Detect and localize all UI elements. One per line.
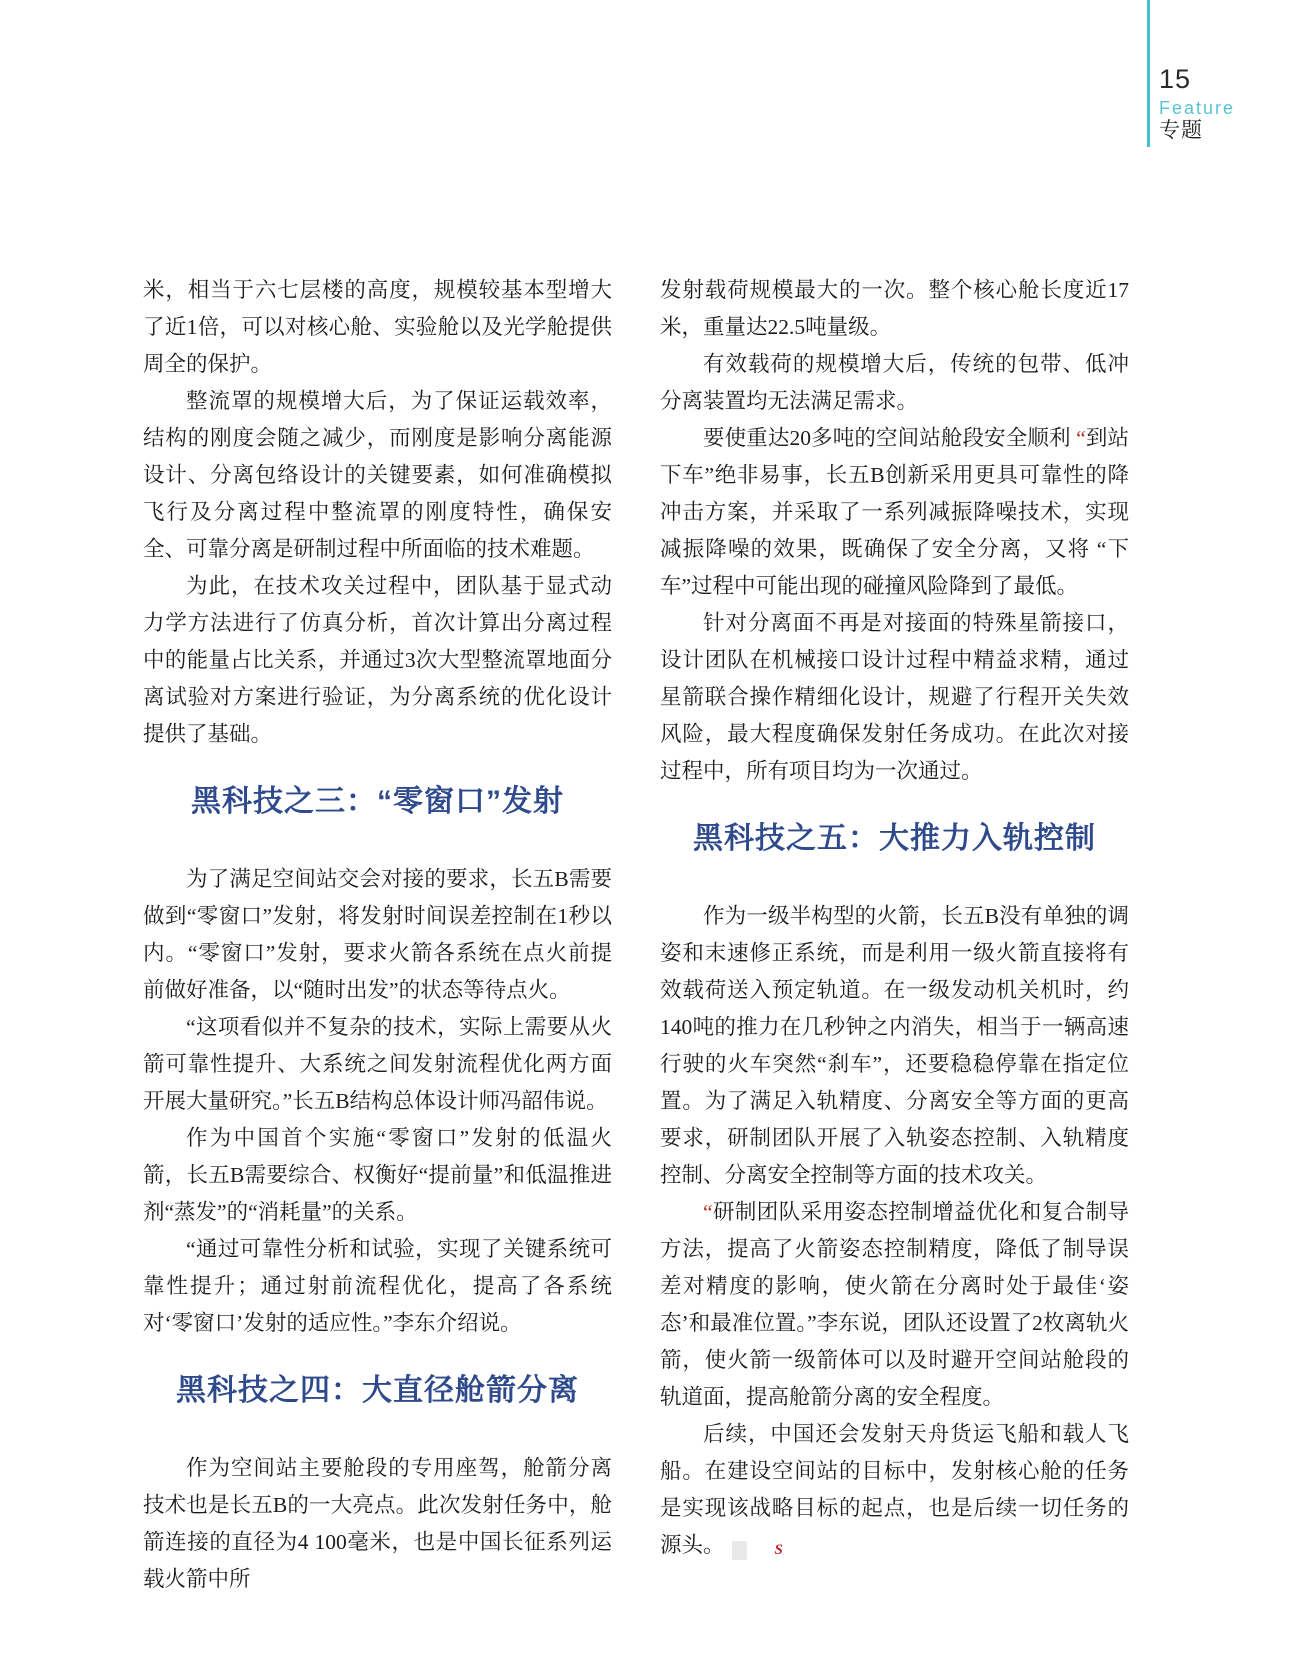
text-run: 作为空间站主要舱段的专用座驾，舱箭分离技术也是长五B的一大亮点。此次发射任务中，… [143, 1456, 612, 1591]
text-run: 研制团队采用姿态控制增益优化和复合制导方法，提高了火箭姿态控制精度，降低了制导误… [660, 1200, 1129, 1409]
body-paragraph: 有效载荷的规模增大后，传统的包带、低冲分离装置均无法满足需求。 [660, 346, 1129, 420]
red-quote-mark: “ [703, 1200, 713, 1224]
body-paragraph: 作为中国首个实施“零窗口”发射的低温火箭，长五B需要综合、权衡好“提前量”和低温… [143, 1120, 612, 1231]
section-heading: 黑科技之三：“零窗口”发射 [143, 781, 612, 823]
body-paragraph: 为此，在技术攻关过程中，团队基于显式动力学方法进行了仿真分析，首次计算出分离过程… [143, 568, 612, 753]
right-column: 发射载荷规模最大的一次。整个核心舱长度近17米，重量达22.5吨量级。有效载荷的… [660, 272, 1129, 1598]
body-paragraph: “研制团队采用姿态控制增益优化和复合制导方法，提高了火箭姿态控制精度，降低了制导… [660, 1194, 1129, 1416]
page-corner-header: 15 Feature 专题 [1147, 0, 1287, 150]
body-paragraph: “这项看似并不复杂的技术，实际上需要从火箭可靠性提升、大系统之间发射流程优化两方… [143, 1009, 612, 1120]
text-run: 为此，在技术攻关过程中，团队基于显式动力学方法进行了仿真分析，首次计算出分离过程… [143, 574, 612, 746]
magazine-page: { "page": { "number": "15", "section_en"… [0, 0, 1305, 1677]
body-paragraph: 针对分离面不再是对接面的特殊星箭接口，设计团队在机械接口设计过程中精益求精，通过… [660, 605, 1129, 790]
body-paragraph: 米，相当于六七层楼的高度，规模较基本型增大了近1倍，可以对核心舱、实验舱以及光学… [143, 272, 612, 383]
body-paragraph: 作为空间站主要舱段的专用座驾，舱箭分离技术也是长五B的一大亮点。此次发射任务中，… [143, 1450, 612, 1598]
red-quote-mark: “ [1076, 426, 1086, 450]
text-run: 后续，中国还会发射天舟货运飞船和载人飞船。在建设空间站的目标中，发射核心舱的任务… [660, 1422, 1129, 1557]
body-paragraph: 整流罩的规模增大后，为了保证运载效率，结构的刚度会随之减少，而刚度是影响分离能源… [143, 383, 612, 568]
body-paragraph: 为了满足空间站交会对接的要求，长五B需要做到“零窗口”发射，将发射时间误差控制在… [143, 861, 612, 1009]
text-run: 整流罩的规模增大后，为了保证运载效率，结构的刚度会随之减少，而刚度是影响分离能源… [143, 389, 612, 561]
body-paragraph: 要使重达20多吨的空间站舱段安全顺利 “到站下车”绝非易事，长五B创新采用更具可… [660, 420, 1129, 605]
text-run: 到站下车”绝非易事，长五B创新采用更具可靠性的降冲击方案，并采取了一系列减振降噪… [660, 426, 1129, 598]
text-run: 要使重达20多吨的空间站舱段安全顺利 [703, 426, 1076, 450]
section-label-en: Feature [1159, 99, 1235, 117]
accent-vertical-rule [1147, 0, 1150, 147]
section-heading: 黑科技之四：大直径舱箭分离 [143, 1370, 612, 1412]
body-paragraph: “通过可靠性分析和试验，实现了关键系统可靠性提升；通过射前流程优化，提高了各系统… [143, 1231, 612, 1342]
text-run: 发射载荷规模最大的一次。整个核心舱长度近17米，重量达22.5吨量级。 [660, 278, 1129, 339]
section-heading: 黑科技之五：大推力入轨控制 [660, 818, 1129, 860]
text-run: 针对分离面不再是对接面的特殊星箭接口，设计团队在机械接口设计过程中精益求精，通过… [660, 611, 1129, 783]
text-run: “这项看似并不复杂的技术，实际上需要从火箭可靠性提升、大系统之间发射流程优化两方… [143, 1015, 612, 1113]
article-end-mark-icon: S [732, 1541, 747, 1560]
text-run: 为了满足空间站交会对接的要求，长五B需要做到“零窗口”发射，将发射时间误差控制在… [143, 867, 612, 1002]
body-paragraph: 发射载荷规模最大的一次。整个核心舱长度近17米，重量达22.5吨量级。 [660, 272, 1129, 346]
article-body: 米，相当于六七层楼的高度，规模较基本型增大了近1倍，可以对核心舱、实验舱以及光学… [143, 272, 1129, 1598]
body-paragraph: 作为一级半构型的火箭，长五B没有单独的调姿和末速修正系统，而是利用一级火箭直接将… [660, 898, 1129, 1194]
body-paragraph: 后续，中国还会发射天舟货运飞船和载人飞船。在建设空间站的目标中，发射核心舱的任务… [660, 1416, 1129, 1564]
page-number: 15 [1159, 66, 1191, 93]
section-label-zh: 专题 [1159, 120, 1203, 141]
text-run: 米，相当于六七层楼的高度，规模较基本型增大了近1倍，可以对核心舱、实验舱以及光学… [143, 278, 612, 376]
text-run: 作为中国首个实施“零窗口”发射的低温火箭，长五B需要综合、权衡好“提前量”和低温… [143, 1126, 612, 1224]
text-run: 有效载荷的规模增大后，传统的包带、低冲分离装置均无法满足需求。 [660, 352, 1129, 413]
text-run: 作为一级半构型的火箭，长五B没有单独的调姿和末速修正系统，而是利用一级火箭直接将… [660, 904, 1129, 1187]
left-column: 米，相当于六七层楼的高度，规模较基本型增大了近1倍，可以对核心舱、实验舱以及光学… [143, 272, 612, 1598]
text-run: “通过可靠性分析和试验，实现了关键系统可靠性提升；通过射前流程优化，提高了各系统… [143, 1237, 612, 1335]
